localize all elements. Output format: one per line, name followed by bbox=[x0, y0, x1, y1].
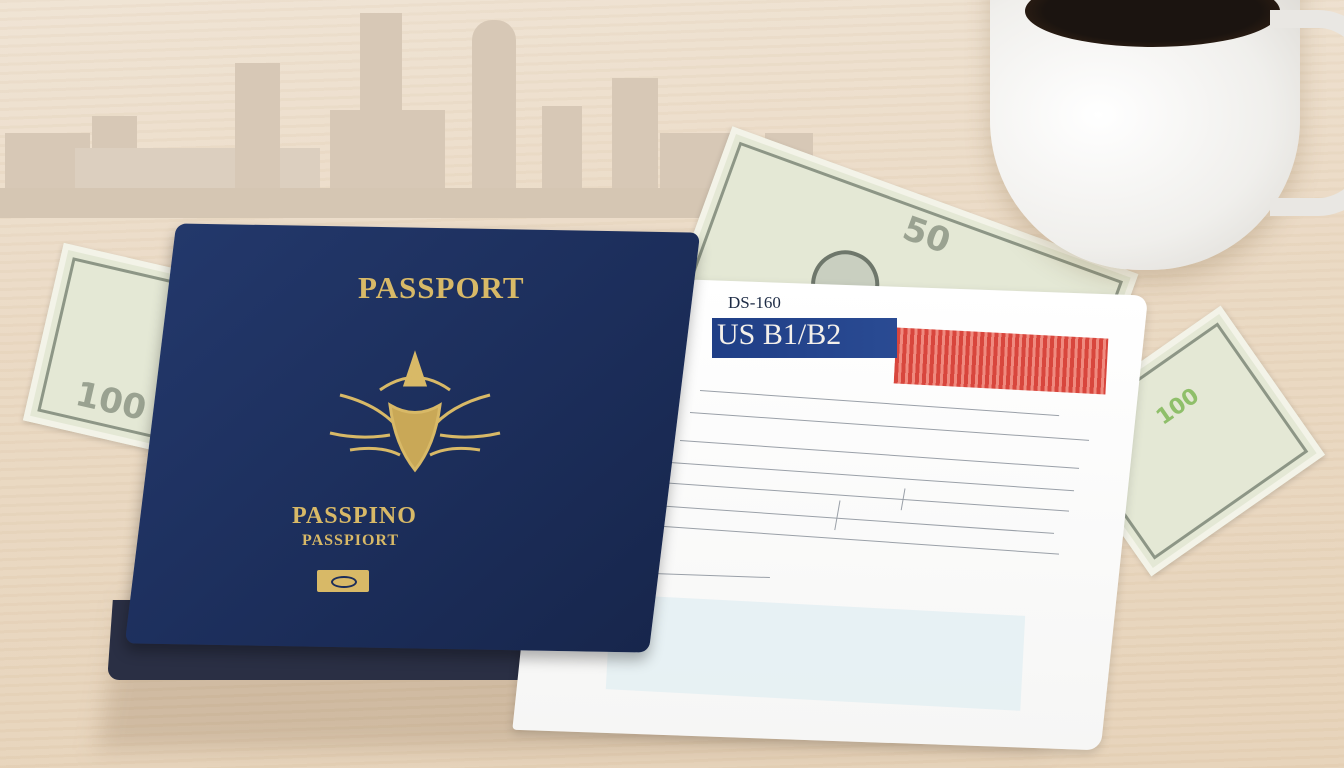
eagle-emblem-icon bbox=[320, 345, 510, 480]
passport-subtitle-1: PASSPINO bbox=[292, 503, 417, 530]
biometric-chip-icon bbox=[317, 570, 369, 592]
skyline-base bbox=[0, 188, 820, 218]
passport-title: PASSPORT bbox=[358, 270, 525, 306]
visa-type: US B1/B2 bbox=[717, 318, 841, 352]
visa-red-band bbox=[894, 327, 1109, 394]
form-id: DS-160 bbox=[728, 293, 781, 313]
city-skyline bbox=[0, 0, 820, 218]
mug-handle bbox=[1270, 10, 1344, 216]
passport-subtitle-2: PASSPIORT bbox=[302, 532, 399, 550]
